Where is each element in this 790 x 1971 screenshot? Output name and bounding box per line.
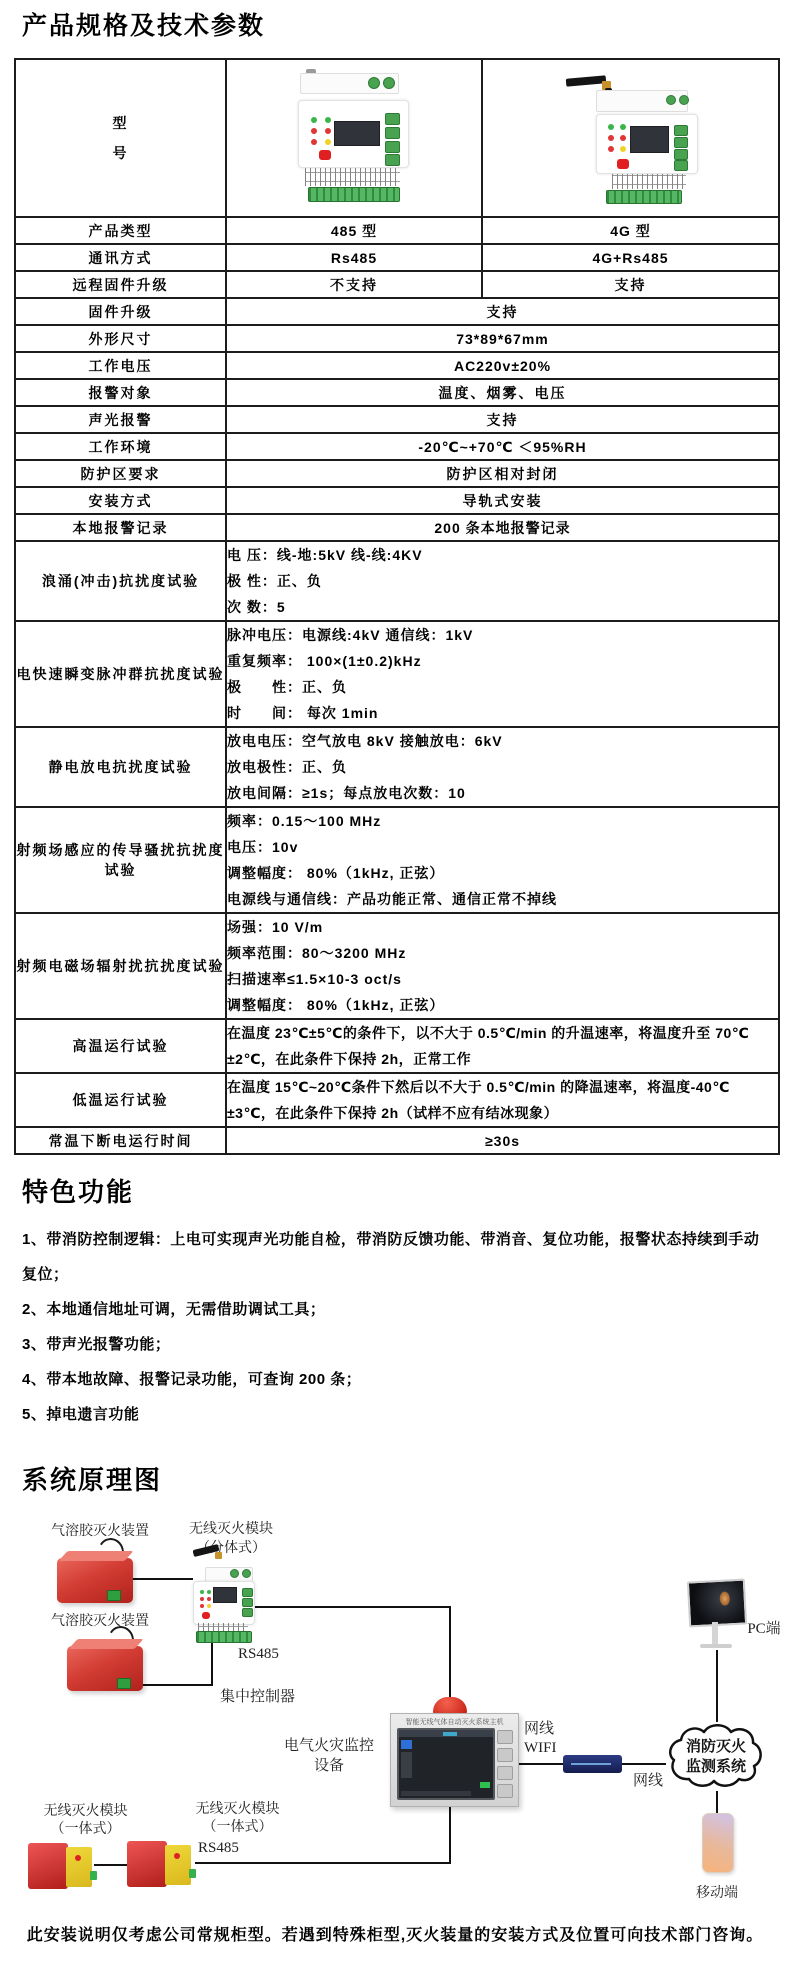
main-unit-screen xyxy=(397,1728,495,1800)
row-value: 支持 xyxy=(226,298,779,325)
row-label-model: 型 号 xyxy=(15,59,226,217)
cable-wifi-label: 网线 WIFI xyxy=(524,1720,568,1758)
label-line: 设备 xyxy=(314,1758,344,1774)
wireless-integrated-label-right: 无线灭火模块 （一体式） xyxy=(180,1801,295,1837)
product-image-cell-4g xyxy=(482,59,779,217)
row-label: 声光报警 xyxy=(15,406,226,433)
connector-line xyxy=(143,1684,213,1686)
screen-sidebar xyxy=(401,1752,412,1778)
row-value: ≥30s xyxy=(226,1127,779,1154)
din-module-4g-image xyxy=(564,73,698,203)
features-list: 1、带消防控制逻辑：上电可实现声光功能自检，带消防反馈功能、带消音、复位功能，报… xyxy=(22,1222,774,1432)
table-row: 工作电压 AC220v±20% xyxy=(15,352,779,379)
table-row: 安装方式 导轨式安装 xyxy=(15,487,779,514)
table-row: 产品类型 485 型 4G 型 xyxy=(15,217,779,244)
panel-button xyxy=(497,1748,513,1762)
panel-button xyxy=(497,1730,513,1744)
row-value: 防护区相对封闭 xyxy=(226,460,779,487)
table-row: 射频电磁场辐射扰抗扰度试验 场强：10 V/m 频率范围：80～3200 MHz… xyxy=(15,913,779,1019)
row-value: 放电电压：空气放电 8kV 接触放电：6kV 放电极性：正、负 放电间隔：≥1s… xyxy=(226,727,779,807)
row-label: 通讯方式 xyxy=(15,244,226,271)
monitor-image xyxy=(719,1591,730,1606)
row-value: 电 压：线-地:5kV 线-线:4KV 极 性：正、负 次 数：5 xyxy=(226,541,779,621)
terminal-strip xyxy=(308,187,400,202)
label-line: 监测系统 xyxy=(686,1759,746,1775)
terminal-strip xyxy=(606,190,682,204)
din-module-485-image xyxy=(298,69,410,207)
central-controller-label: 集中控制器 xyxy=(220,1685,295,1706)
rs485-label-top: RS485 xyxy=(238,1646,279,1663)
diagram-heading: 系统原理图 xyxy=(22,1460,162,1497)
panel-button xyxy=(497,1784,513,1798)
main-unit-title: 智能无线气体自动灭火系统主机 xyxy=(391,1717,518,1727)
aerosol-extinguisher-top xyxy=(57,1558,133,1603)
row-label: 本地报警记录 xyxy=(15,514,226,541)
table-row-model: 型 号 xyxy=(15,59,779,217)
row-label: 射频场感应的传导骚扰抗扰度试验 xyxy=(15,807,226,913)
connector-line xyxy=(133,1578,193,1580)
table-row: 防护区要求 防护区相对封闭 xyxy=(15,460,779,487)
pc-monitor xyxy=(687,1579,747,1628)
table-row: 固件升级 支持 xyxy=(15,298,779,325)
table-row: 工作环境 -20℃~+70℃ ＜95%RH xyxy=(15,433,779,460)
row-value-4g: 支持 xyxy=(482,271,779,298)
device-body xyxy=(298,100,409,168)
label-line: （一体式） xyxy=(51,1822,121,1837)
led-icon xyxy=(75,1855,81,1861)
fire-monitoring-main-unit: 智能无线气体自动灭火系统主机 xyxy=(390,1713,519,1807)
table-row: 通讯方式 Rs485 4G+Rs485 xyxy=(15,244,779,271)
feature-item: 3、带声光报警功能； xyxy=(22,1327,774,1362)
row-value-4g: 4G 型 xyxy=(482,217,779,244)
router-device xyxy=(563,1755,622,1773)
wireless-split-module xyxy=(193,1555,255,1641)
product-image-cell-485 xyxy=(226,59,482,217)
pc-monitor-base xyxy=(700,1644,732,1648)
reset-button-icon xyxy=(319,150,331,160)
row-value: 在温度 23℃±5℃的条件下，以不大于 0.5℃/min 的升温速率，将温度升至… xyxy=(226,1019,779,1073)
rs485-label-bottom: RS485 xyxy=(198,1840,239,1857)
feature-item: 2、本地通信地址可调，无需借助调试工具； xyxy=(22,1292,774,1327)
label-line: 无线灭火模块 xyxy=(196,1802,280,1817)
page-title: 产品规格及技术参数 xyxy=(22,6,265,42)
row-label: 射频电磁场辐射扰抗扰度试验 xyxy=(15,913,226,1019)
module-yellow-body xyxy=(66,1847,92,1887)
led-icon xyxy=(174,1853,180,1859)
screen-bottombar xyxy=(401,1791,471,1796)
label-line: 无线灭火模块 xyxy=(189,1522,273,1537)
row-value: 支持 xyxy=(226,406,779,433)
row-label: 工作电压 xyxy=(15,352,226,379)
table-row: 本地报警记录 200 条本地报警记录 xyxy=(15,514,779,541)
pc-monitor-stand xyxy=(712,1622,718,1644)
terminal-strip xyxy=(196,1631,252,1643)
connector-line xyxy=(622,1763,666,1765)
label-line: WIFI xyxy=(524,1740,557,1756)
row-label: 常温下断电运行时间 xyxy=(15,1127,226,1154)
table-row: 静电放电抗扰度试验 放电电压：空气放电 8kV 接触放电：6kV 放电极性：正、… xyxy=(15,727,779,807)
table-row: 远程固件升级 不支持 支持 xyxy=(15,271,779,298)
aerosol-device-label-bottom: 气溶胶灭火装置 xyxy=(40,1612,160,1631)
row-value-485: Rs485 xyxy=(226,244,482,271)
row-value: 200 条本地报警记录 xyxy=(226,514,779,541)
connector-line xyxy=(449,1606,451,1699)
connector-line xyxy=(449,1805,451,1864)
row-value: 场强：10 V/m 频率范围：80～3200 MHz 扫描速率≤1.5×10-3… xyxy=(226,913,779,1019)
module-red-body xyxy=(127,1841,167,1887)
row-label: 安装方式 xyxy=(15,487,226,514)
row-label: 电快速瞬变脉冲群抗扰度试验 xyxy=(15,621,226,727)
device-screen xyxy=(213,1587,237,1603)
cloud-label: 消防灭火 监测系统 xyxy=(664,1737,768,1777)
wiring-marks xyxy=(612,174,686,189)
label-line: 消防灭火 xyxy=(686,1739,746,1755)
feature-item: 5、掉电遗言功能 xyxy=(22,1397,774,1432)
row-label: 固件升级 xyxy=(15,298,226,325)
row-value: 频率：0.15～100 MHz 电压：10v 调整幅度： 80%（1kHz, 正… xyxy=(226,807,779,913)
cloud-system: 消防灭火 监测系统 xyxy=(664,1720,768,1792)
device-screen xyxy=(334,121,380,146)
row-value: 73*89*67mm xyxy=(226,325,779,352)
row-value-485: 485 型 xyxy=(226,217,482,244)
feature-item: 1、带消防控制逻辑：上电可实现声光功能自检，带消防反馈功能、带消音、复位功能，报… xyxy=(22,1222,774,1292)
terminal-pair-icon xyxy=(230,1569,251,1578)
terminal-icon xyxy=(189,1869,196,1878)
monitor-device-label: 电气火灾监控 设备 xyxy=(276,1736,382,1776)
connector-line xyxy=(195,1862,451,1864)
row-label: 高温运行试验 xyxy=(15,1019,226,1073)
row-value: 温度、烟雾、电压 xyxy=(226,379,779,406)
row-label: 浪涌(冲击)抗扰度试验 xyxy=(15,541,226,621)
device-screen xyxy=(630,126,669,153)
label-line: （一体式） xyxy=(203,1820,273,1835)
table-row: 浪涌(冲击)抗扰度试验 电 压：线-地:5kV 线-线:4KV 极 性：正、负 … xyxy=(15,541,779,621)
connector-line xyxy=(716,1650,718,1722)
row-label: 报警对象 xyxy=(15,379,226,406)
cable-label: 网线 xyxy=(628,1772,668,1791)
row-label: 防护区要求 xyxy=(15,460,226,487)
connector-line xyxy=(716,1791,718,1813)
module-red-body xyxy=(28,1843,68,1889)
table-row: 常温下断电运行时间 ≥30s xyxy=(15,1127,779,1154)
row-label: 工作环境 xyxy=(15,433,226,460)
label-line: 网线 xyxy=(524,1721,554,1737)
features-heading: 特色功能 xyxy=(22,1172,134,1209)
row-value: AC220v±20% xyxy=(226,352,779,379)
table-row: 电快速瞬变脉冲群抗扰度试验 脉冲电压：电源线:4kV 通信线：1kV 重复频率：… xyxy=(15,621,779,727)
wireless-integrated-module-right xyxy=(127,1839,195,1887)
table-row: 低温运行试验 在温度 15℃~20℃条件下然后以不大于 0.5℃/min 的降温… xyxy=(15,1073,779,1127)
connector-line xyxy=(211,1641,213,1686)
wireless-integrated-module-left xyxy=(28,1841,96,1889)
row-label: 产品类型 xyxy=(15,217,226,244)
row-value-4g: 4G+Rs485 xyxy=(482,244,779,271)
install-note: 此安装说明仅考虑公司常规柜型。若遇到特殊柜型,灭火装量的安装方式及位置可向技术部… xyxy=(0,1922,790,1945)
connector-line xyxy=(255,1606,451,1608)
screen-sidebar-active xyxy=(401,1740,412,1749)
aerosol-device-label-top: 气溶胶灭火装置 xyxy=(40,1522,160,1541)
row-label: 远程固件升级 xyxy=(15,271,226,298)
wiring-marks xyxy=(305,168,400,186)
pc-label: PC端 xyxy=(742,1620,786,1639)
panel-button xyxy=(497,1766,513,1780)
table-row: 高温运行试验 在温度 23℃±5℃的条件下，以不大于 0.5℃/min 的升温速… xyxy=(15,1019,779,1073)
spec-table: 型 号 xyxy=(14,58,780,1155)
mobile-phone xyxy=(702,1813,734,1873)
label-line: 电气火灾监控 xyxy=(284,1738,374,1754)
antenna-icon xyxy=(565,75,606,86)
row-value-485: 不支持 xyxy=(226,271,482,298)
terminal-icon xyxy=(90,1871,97,1880)
connector-line xyxy=(94,1864,127,1866)
row-label: 低温运行试验 xyxy=(15,1073,226,1127)
module-yellow-body xyxy=(165,1845,191,1885)
row-value: -20℃~+70℃ ＜95%RH xyxy=(226,433,779,460)
row-label: 静电放电抗扰度试验 xyxy=(15,727,226,807)
wireless-integrated-label-left: 无线灭火模块 （一体式） xyxy=(28,1803,143,1839)
table-row: 射频场感应的传导骚扰抗扰度试验 频率：0.15～100 MHz 电压：10v 调… xyxy=(15,807,779,913)
wireless-split-module-label: 无线灭火模块 （分体式） xyxy=(172,1520,290,1558)
table-row: 外形尺寸 73*89*67mm xyxy=(15,325,779,352)
aerosol-extinguisher-bottom xyxy=(67,1646,143,1691)
row-value: 导轨式安装 xyxy=(226,487,779,514)
feature-item: 4、带本地故障、报警记录功能，可查询 200 条； xyxy=(22,1362,774,1397)
wiring-marks xyxy=(198,1623,248,1631)
system-diagram: 气溶胶灭火装置 无线灭火模块 （分体式） 气溶胶灭火装置 RS485 集中控制器… xyxy=(0,1510,790,1920)
device-body xyxy=(596,114,698,174)
terminal-pair-icon xyxy=(666,95,689,105)
screen-status-badge xyxy=(480,1782,490,1788)
row-value: 脉冲电压：电源线:4kV 通信线：1kV 重复频率： 100×(1±0.2)kH… xyxy=(226,621,779,727)
table-row: 声光报警 支持 xyxy=(15,406,779,433)
table-row: 报警对象 温度、烟雾、电压 xyxy=(15,379,779,406)
terminal-pair-icon xyxy=(368,77,395,89)
connector-line xyxy=(517,1763,563,1765)
antenna-joint xyxy=(215,1552,222,1559)
label-line: 无线灭火模块 xyxy=(44,1804,128,1819)
screen-chip xyxy=(443,1732,457,1736)
reset-button-icon xyxy=(202,1612,210,1619)
row-label: 外形尺寸 xyxy=(15,325,226,352)
mobile-label: 移动端 xyxy=(690,1884,744,1903)
reset-button-icon xyxy=(617,159,629,169)
row-value: 在温度 15℃~20℃条件下然后以不大于 0.5℃/min 的降温速率，将温度-… xyxy=(226,1073,779,1127)
